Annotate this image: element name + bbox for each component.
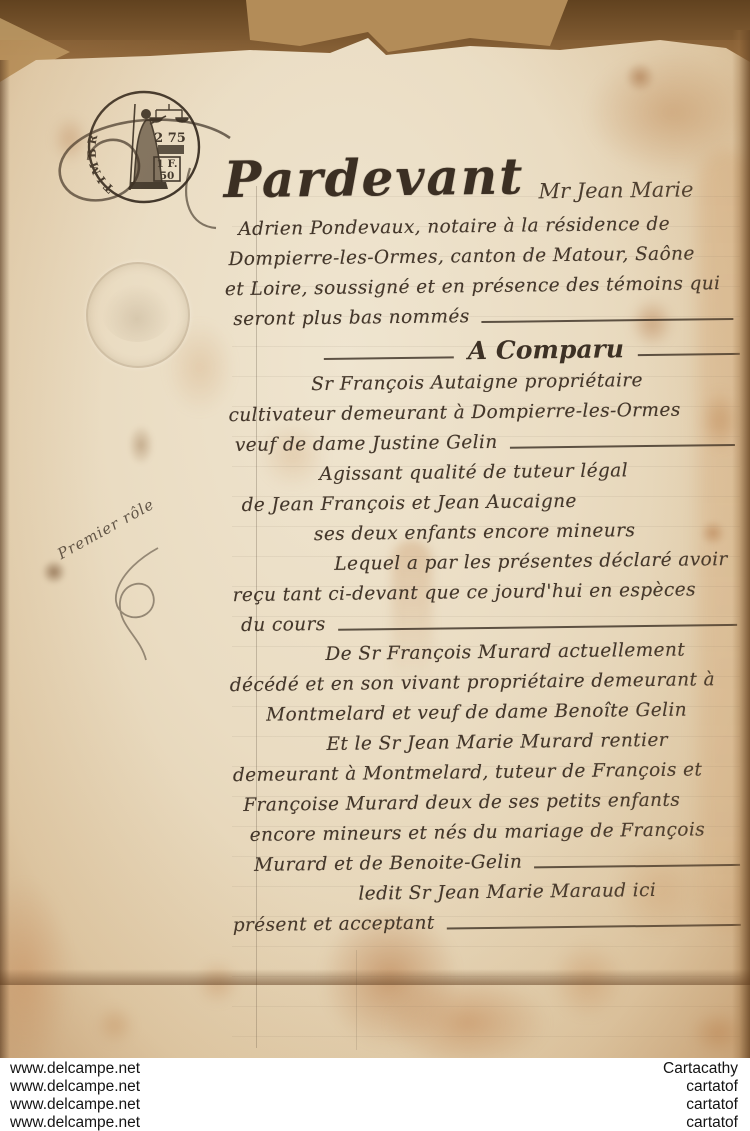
manuscript-text: cultivateur demeurant à Dompierre-les-Or… (228, 396, 681, 432)
watermark-row: www.delcampe.net cartatof (0, 1078, 750, 1096)
watermark-seller: Cartacathy (663, 1060, 738, 1078)
watermark-seller: cartatof (686, 1096, 738, 1114)
opening-rest: Mr Jean Marie (538, 169, 693, 211)
manuscript-text: De Sr François Murard actuellement (325, 636, 685, 670)
ink-rule (510, 444, 735, 449)
manuscript-text: du cours (241, 610, 326, 641)
paper-edge-right (732, 30, 750, 1058)
manuscript-text: Lequel a par les présentes déclaré avoir (334, 545, 728, 580)
watermark-seller: cartatof (686, 1078, 738, 1096)
watermark-site: www.delcampe.net (10, 1114, 140, 1131)
manuscript-text: ses deux enfants encore mineurs (314, 516, 636, 550)
ink-rule (534, 864, 740, 869)
manuscript-text: Agissant qualité de tuteur légal (319, 456, 628, 490)
opening-word: Pardevant (223, 141, 525, 215)
manuscript-opening: Pardevant Mr Jean Marie (223, 129, 738, 215)
embossed-seal (86, 262, 190, 368)
manuscript-line: encore mineurs et nés du mariage de Fran… (231, 815, 745, 851)
manuscript-text: Sr François Autaigne propriétaire (311, 366, 643, 400)
calligraphic-flourish (40, 108, 240, 262)
manuscript-text: Murard et de Benoite-Gelin (254, 848, 523, 881)
watermark-site: www.delcampe.net (10, 1060, 140, 1078)
manuscript-text: veuf de dame Justine Gelin (235, 428, 498, 461)
ink-rule (338, 624, 737, 631)
paraph-flourish (88, 540, 178, 674)
watermark-row: www.delcampe.net Cartacathy (0, 1060, 750, 1078)
ink-rule (447, 924, 741, 930)
watermark-seller: cartatof (686, 1114, 738, 1131)
manuscript-line: cultivateur demeurant à Dompierre-les-Or… (226, 395, 740, 431)
manuscript-text: ledit Sr Jean Marie Maraud ici (358, 876, 656, 910)
manuscript-line: et Loire, soussigné et en présence des t… (225, 269, 739, 305)
manuscript-line: reçu tant ci-devant que ce jourd'hui en … (229, 575, 743, 611)
scanned-document-page: { "stamp": { "label": "TIMBRE", "value_t… (0, 0, 750, 1131)
watermark-row: www.delcampe.net cartatof (0, 1114, 750, 1131)
manuscript-text: seront plus bas nommés (233, 302, 470, 335)
manuscript-text: encore mineurs et nés du mariage de Fran… (249, 815, 705, 851)
ink-rule (638, 353, 740, 356)
manuscript-text: de Jean François et Jean Aucaigne (241, 487, 577, 521)
margin-line (356, 950, 357, 1050)
seal-relief (102, 284, 172, 342)
section-header-text: A Comparu (454, 332, 639, 368)
manuscript-text: présent et acceptant (233, 909, 435, 941)
manuscript-text: Et le Sr Jean Marie Murard rentier (326, 726, 668, 760)
watermark-row: www.delcampe.net cartatof (0, 1096, 750, 1114)
paper-edge-bottom (0, 969, 750, 985)
watermark-site: www.delcampe.net (10, 1078, 140, 1096)
ink-rule (482, 318, 734, 323)
manuscript-text-column: Pardevant Mr Jean Marie Adrien Pondevaux… (223, 129, 747, 941)
paper-edge-left (0, 60, 10, 1058)
section-header-a-comparu: A Comparu (226, 329, 740, 371)
manuscript-text: et Loire, soussigné et en présence des t… (225, 269, 721, 305)
manuscript-line: présent et acceptant (233, 905, 747, 941)
watermark-band: www.delcampe.net Cartacathy www.delcampe… (0, 1058, 750, 1131)
watermark-site: www.delcampe.net (10, 1096, 140, 1114)
manuscript-text: reçu tant ci-devant que ce jourd'hui en … (233, 575, 697, 611)
document-photo: TIMBRE 2 75 1 F. 50 (0, 0, 750, 1058)
ink-rule (324, 356, 454, 360)
